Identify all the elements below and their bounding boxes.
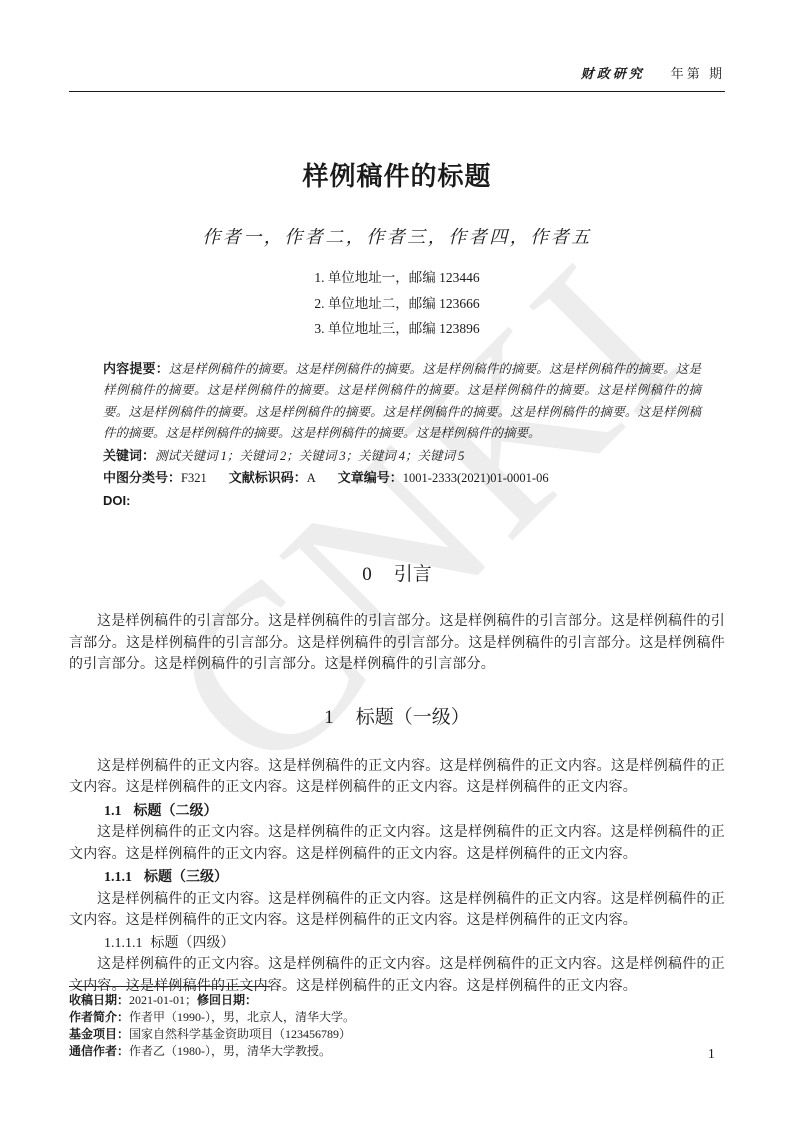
funding-label: 基金项目： <box>69 1027 129 1041</box>
paragraph-intro: 这是样例稿件的引言部分。这是样例稿件的引言部分。这是样例稿件的引言部分。这是样例… <box>69 611 725 676</box>
page-number: 1 <box>708 1046 715 1062</box>
paragraph-body: 这是样例稿件的正文内容。这是样例稿件的正文内容。这是样例稿件的正文内容。这是样例… <box>69 756 725 799</box>
classification-line: 中图分类号：F321文献标识码：A文章编号：1001-2333(2021)01-… <box>103 467 701 490</box>
section-number: 1.1.1 <box>104 870 132 885</box>
journal-page: CNKI 财政研究年第 期 样例稿件的标题 作者一，作者二，作者三，作者四，作者… <box>0 0 794 1123</box>
article-body: 样例稿件的标题 作者一，作者二，作者三，作者四，作者五 1. 单位地址一，邮编 … <box>69 140 725 997</box>
doc-code-value: A <box>307 471 316 485</box>
section-number: 1.1.1.1 <box>104 936 143 951</box>
author-line: 作者一，作者二，作者三，作者四，作者五 <box>69 223 725 249</box>
clc-value: F321 <box>181 471 207 485</box>
affiliation-list: 1. 单位地址一，邮编 123446 2. 单位地址二，邮编 123666 3.… <box>69 265 725 342</box>
running-header: 财政研究年第 期 <box>69 63 725 92</box>
section-title: 标题（三级） <box>144 868 228 884</box>
paragraph-body: 这是样例稿件的正文内容。这是样例稿件的正文内容。这是样例稿件的正文内容。这是样例… <box>69 889 725 932</box>
keywords-line: 关键词：测试关键词 1；关键词 2；关键词 3；关键词 4；关键词 5 <box>103 445 701 468</box>
footnote-funding: 基金项目：国家自然科学基金资助项目（123456789） <box>69 1026 725 1043</box>
affiliation-item: 1. 单位地址一，邮编 123446 <box>69 265 725 291</box>
section-number: 1.1 <box>104 804 122 819</box>
section-number: 0 <box>362 564 372 585</box>
footnote-corresponding: 通信作者：作者乙（1980-），男，清华大学教授。 <box>69 1043 725 1060</box>
footnote-block: 收稿日期：2021-01-01；修回日期： 作者简介：作者甲（1990-），男，… <box>69 986 725 1060</box>
corresponding-text: 作者乙（1980-），男，清华大学教授。 <box>129 1044 331 1058</box>
abstract-line: 内容提要：这是样例稿件的摘要。这是样例稿件的摘要。这是样例稿件的摘要。这是样例稿… <box>103 358 701 445</box>
article-id-value: 1001-2333(2021)01-0001-06 <box>403 471 549 485</box>
issue-text: 年第 期 <box>671 66 725 81</box>
doi-line: DOI: <box>103 490 701 512</box>
keywords-label: 关键词： <box>103 448 155 463</box>
article-id-label: 文章编号： <box>338 470 403 485</box>
section-title: 引言 <box>394 564 432 585</box>
revised-date-label: 修回日期： <box>197 993 257 1007</box>
journal-name: 财政研究 <box>581 66 645 81</box>
funding-text: 国家自然科学基金资助项目（123456789） <box>129 1027 351 1041</box>
footnote-divider <box>69 986 270 987</box>
section-title: 标题（一级） <box>356 707 470 728</box>
abstract-label: 内容提要： <box>103 361 169 376</box>
affiliation-item: 3. 单位地址三，邮编 123896 <box>69 316 725 342</box>
keywords-text: 测试关键词 1；关键词 2；关键词 3；关键词 4；关键词 5 <box>155 449 464 463</box>
received-date-value: 2021-01-01； <box>129 993 197 1007</box>
footnote-author-bio: 作者简介：作者甲（1990-），男，北京人，清华大学。 <box>69 1009 725 1026</box>
section-heading-1: 1标题（一级） <box>69 704 725 732</box>
section-title: 标题（四级） <box>151 936 235 951</box>
paragraph-body: 这是样例稿件的正文内容。这是样例稿件的正文内容。这是样例稿件的正文内容。这是样例… <box>69 822 725 865</box>
section-title: 标题（二级） <box>134 802 218 818</box>
subsection-heading-1-1: 1.1标题（二级） <box>69 800 725 823</box>
subsection-heading-1-1-1: 1.1.1标题（三级） <box>69 866 725 889</box>
author-bio-label: 作者简介： <box>69 1010 129 1024</box>
doc-code-label: 文献标识码： <box>229 470 307 485</box>
section-heading-0: 0引言 <box>69 561 725 589</box>
subsection-heading-1-1-1-1: 1.1.1.1标题（四级） <box>69 933 725 955</box>
clc-label: 中图分类号： <box>103 470 181 485</box>
affiliation-item: 2. 单位地址二，邮编 123666 <box>69 291 725 317</box>
author-bio-text: 作者甲（1990-），男，北京人，清华大学。 <box>129 1010 355 1024</box>
abstract-block: 内容提要：这是样例稿件的摘要。这是样例稿件的摘要。这是样例稿件的摘要。这是样例稿… <box>103 358 701 512</box>
section-number: 1 <box>324 707 334 728</box>
received-date-label: 收稿日期： <box>69 993 129 1007</box>
corresponding-label: 通信作者： <box>69 1044 129 1058</box>
abstract-text: 这是样例稿件的摘要。这是样例稿件的摘要。这是样例稿件的摘要。这是样例稿件的摘要。… <box>103 362 701 441</box>
footnote-dates: 收稿日期：2021-01-01；修回日期： <box>69 992 725 1009</box>
article-title: 样例稿件的标题 <box>69 156 725 193</box>
